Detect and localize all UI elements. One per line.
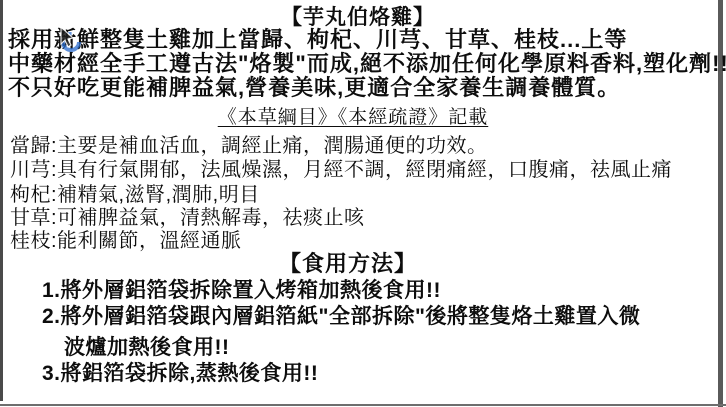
left-frame-line (0, 0, 3, 401)
bottom-frame-line (0, 404, 726, 406)
usage-step-2: 2.將外層鋁箔袋跟內層鋁箔紙"全部拆除"後將整隻烙土雞置入微 (42, 300, 640, 330)
usage-step-3: 3.將鋁箔袋拆除,蒸熱後食用!! (42, 357, 318, 387)
busy-cursor-icon (57, 26, 81, 54)
product-flyer-page: 【芋丸伯烙雞】 採用新鮮整隻土雞加上當歸、枸杞、川芎、甘草、桂枝...上等 中藥… (0, 0, 726, 407)
reference-heading: 《本草綱目》《本經疏證》記載 (0, 102, 706, 129)
intro-line-3: 不只好吃更能補脾益氣,營養美味,更適合全家養生調養體質。 (8, 71, 620, 102)
